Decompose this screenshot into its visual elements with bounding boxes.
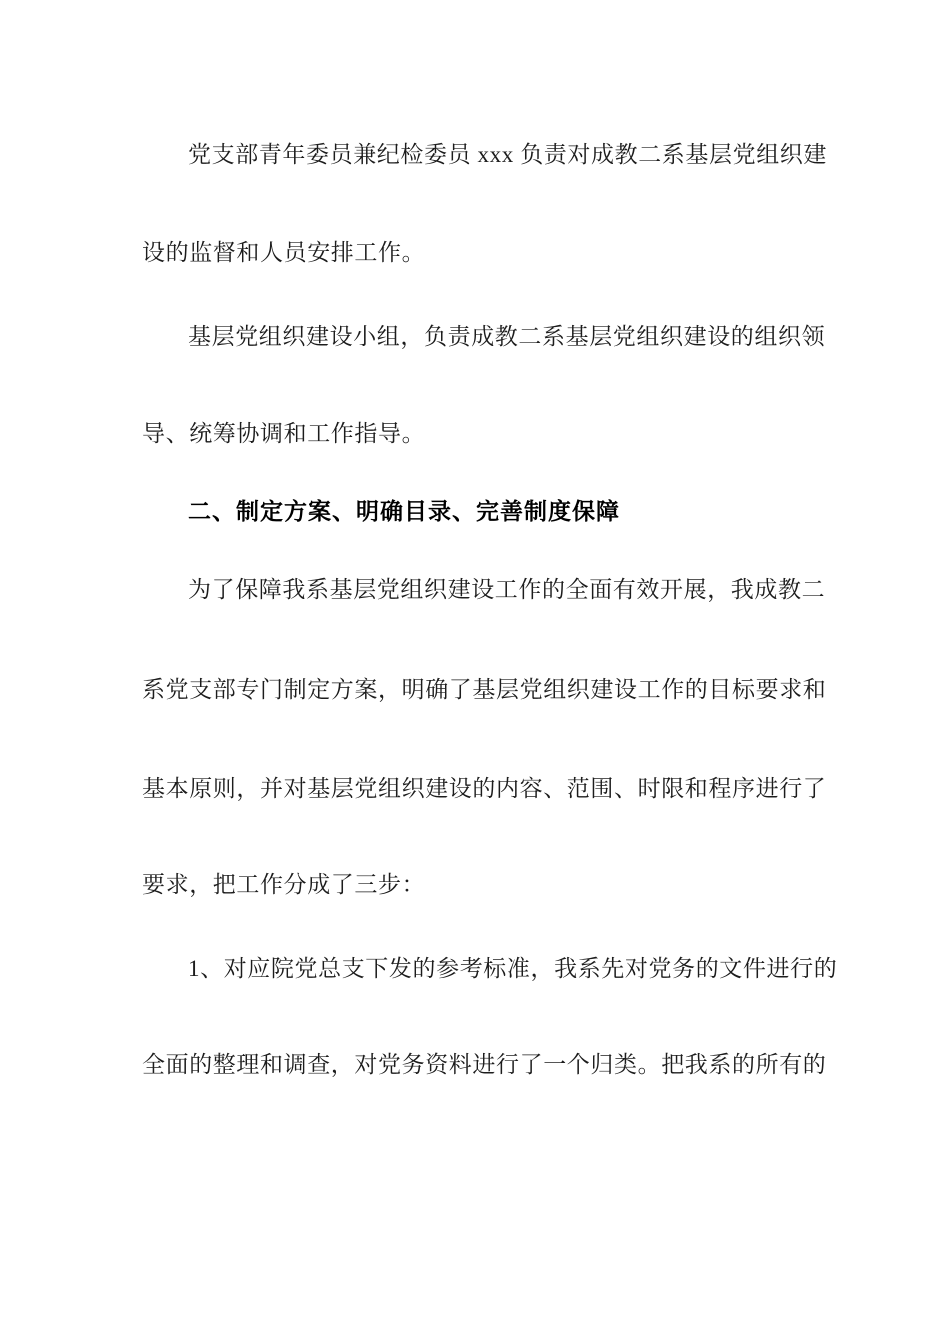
paragraph-line: 导、统筹协调和工作指导。: [142, 419, 862, 449]
paragraph-line: 全面的整理和调查，对党务资料进行了一个归类。把我系的所有的: [142, 1050, 862, 1080]
paragraph-line: 系党支部专门制定方案，明确了基层党组织建设工作的目标要求和: [142, 675, 862, 705]
paragraph-line: 基本原则，并对基层党组织建设的内容、范围、时限和程序进行了: [142, 774, 862, 804]
paragraph-line: 要求，把工作分成了三步：: [142, 870, 862, 900]
paragraph-line: 党支部青年委员兼纪检委员 xxx 负责对成教二系基层党组织建: [142, 140, 908, 170]
document-page: 党支部青年委员兼纪检委员 xxx 负责对成教二系基层党组织建 设的监督和人员安排…: [0, 0, 950, 1344]
paragraph-line: 为了保障我系基层党组织建设工作的全面有效开展，我成教二: [142, 575, 908, 605]
section-heading: 二、制定方案、明确目录、完善制度保障: [142, 497, 908, 527]
paragraph-line: 基层党组织建设小组，负责成教二系基层党组织建设的组织领: [142, 322, 908, 352]
paragraph-line: 1、对应院党总支下发的参考标准，我系先对党务的文件进行的: [142, 954, 908, 984]
paragraph-line: 设的监督和人员安排工作。: [142, 238, 862, 268]
